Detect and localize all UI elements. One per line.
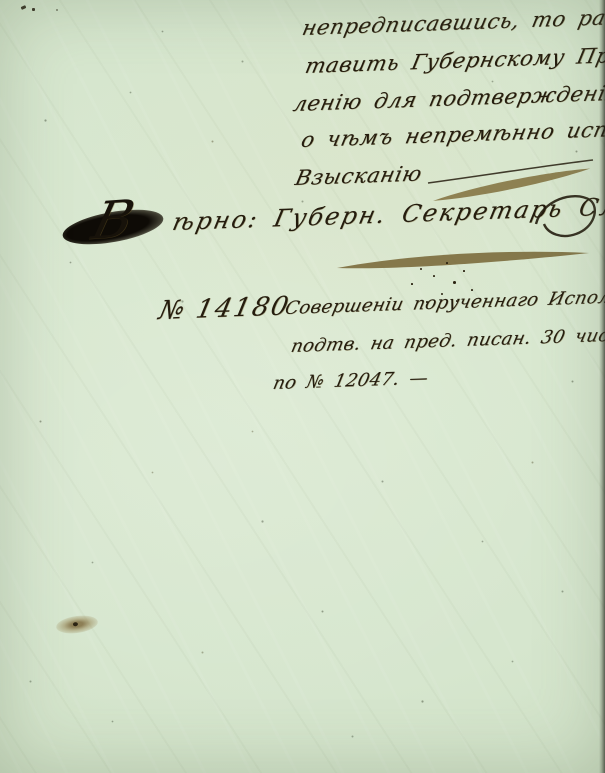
- handwriting-line: Взысканію: [293, 162, 424, 190]
- handwriting-line: о чѣмъ непремѣнно исполнивш: [299, 114, 605, 152]
- document-page: непредписавшись, то распоряж тавить Губе…: [0, 0, 605, 773]
- stain-blot: [55, 613, 99, 636]
- signature-loop-flourish: [534, 190, 600, 250]
- registry-note-line: по № 12047. —: [271, 368, 430, 394]
- handwriting-line: непредписавшись, то распоряж: [300, 2, 605, 40]
- handwriting-line: ленію для подтвержденія: [291, 81, 605, 116]
- registry-note-line: Совершеніи порученнаго Исполненія: [283, 285, 605, 319]
- scan-edge-shadow: [599, 0, 605, 773]
- signature-underline-swash: [335, 248, 593, 272]
- signature-initial: В: [86, 189, 140, 252]
- handwriting-line: тавить Губернскому Прав: [303, 43, 605, 78]
- dust-specks: [0, 0, 1, 1]
- registry-note-line: подтв. на пред. писан. 30 числ.: [289, 324, 605, 357]
- registry-number: № 14180: [156, 291, 293, 326]
